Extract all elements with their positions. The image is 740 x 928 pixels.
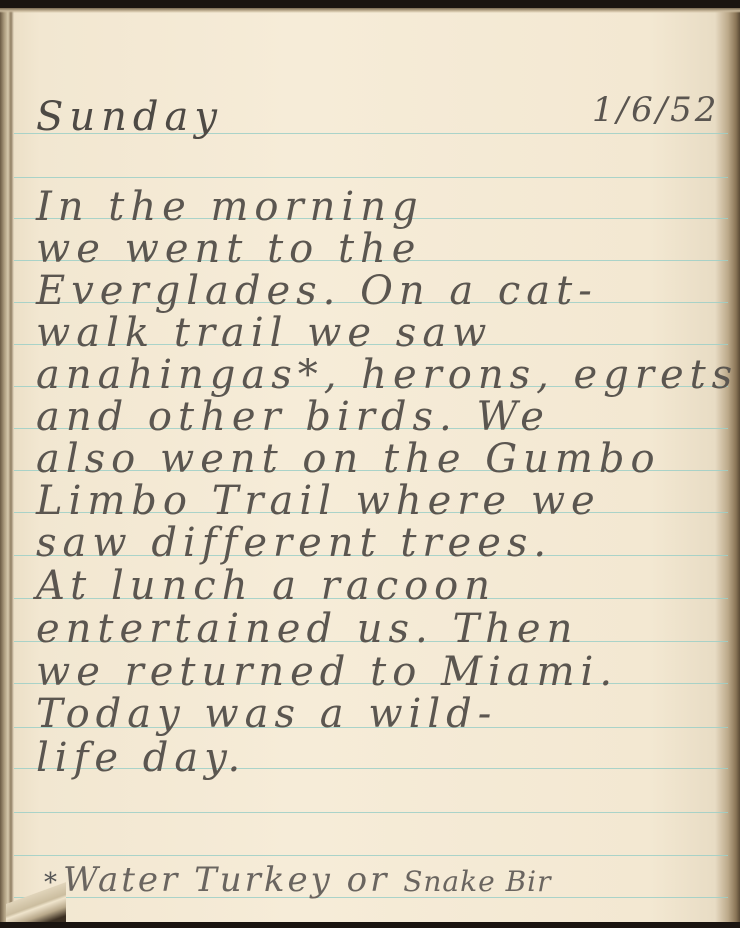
page-top-edge: [0, 8, 740, 13]
journal-line: life day.: [36, 735, 740, 781]
page-stack-edge: [0, 8, 14, 922]
ruled-line: [14, 812, 728, 813]
journal-line: saw different trees.: [36, 520, 740, 566]
journal-line: also went on the Gumbo: [36, 436, 740, 482]
dog-eared-corner: [6, 882, 66, 922]
footnote-text-small: Snake Bir: [403, 865, 551, 898]
journal-line: we went to the: [36, 226, 740, 272]
journal-line: walk trail we saw: [36, 310, 740, 356]
journal-line: anahingas*, herons, egrets: [36, 352, 740, 398]
journal-line: At lunch a racoon: [36, 563, 740, 609]
ruled-line: [14, 177, 728, 178]
footnote-text: Water Turkey or: [63, 860, 403, 900]
entry-date: 1/6/52: [592, 90, 740, 130]
journal-line: entertained us. Then: [36, 606, 740, 652]
journal-line: Today was a wild-: [36, 691, 740, 737]
notebook-page: Sunday 1/6/52 In the morning we went to …: [0, 8, 740, 922]
journal-line: we returned to Miami.: [36, 649, 740, 695]
journal-line: Everglades. On a cat-: [36, 268, 740, 314]
journal-line: Limbo Trail where we: [36, 478, 740, 524]
ruled-line: [14, 855, 728, 856]
footnote: *Water Turkey or Snake Bir: [44, 860, 740, 900]
journal-line: In the morning: [36, 184, 740, 230]
journal-line: and other birds. We: [36, 394, 740, 440]
